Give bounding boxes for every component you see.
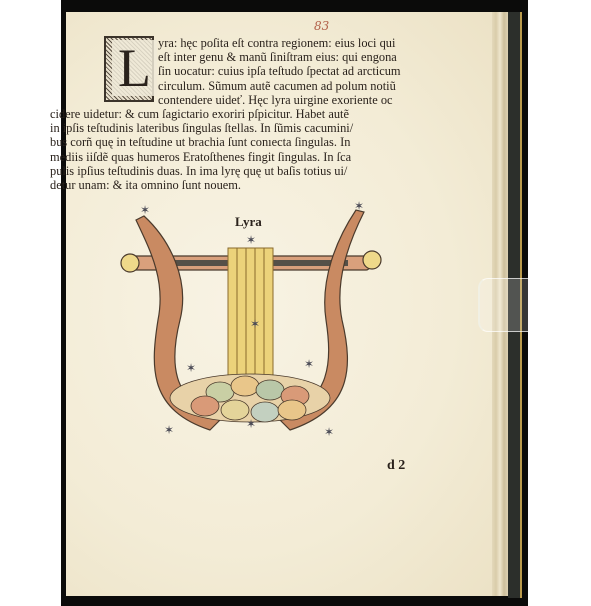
svg-text:✶: ✶ [304,357,314,371]
lyre-illustration: ✶ ✶ ✶ ✶ ✶ ✶ ✶ ✶ ✶ [110,200,390,440]
signature-mark: d 2 [387,458,405,474]
lyre-strings [228,248,273,378]
svg-text:✶: ✶ [186,361,196,375]
svg-text:✶: ✶ [354,200,364,213]
folio-number: 83 [314,19,329,33]
illustration-label: Lyra [235,214,262,230]
decorated-initial: L [104,36,154,102]
initial-letter: L [112,40,157,96]
svg-text:✶: ✶ [246,233,256,247]
svg-text:✶: ✶ [246,417,256,431]
svg-text:✶: ✶ [140,203,150,217]
text-line: bus corñ quę in teſtudine ut brachia ſun… [50,135,424,149]
shell-base [170,374,330,422]
text-line: detur unam: & ita omnino ſunt nouem. [50,178,424,192]
text-line: mediis iiſdẽ quas humeros Eratoſthenes f… [50,150,424,164]
svg-text:✶: ✶ [324,425,334,439]
page-clip [478,278,531,332]
text-block: L yra: hęc poſita eſt contra regionem: e… [104,36,424,192]
text-line: in ipſis teſtudinis lateribus ſingulas ſ… [50,121,424,135]
svg-text:✶: ✶ [250,317,260,331]
svg-text:✶: ✶ [164,423,174,437]
text-line: cidere uidetur: & cum ſagictario exoriri… [50,107,424,121]
text-line: pulis ipſius teſtudinis duas. In ima lyr… [50,164,424,178]
